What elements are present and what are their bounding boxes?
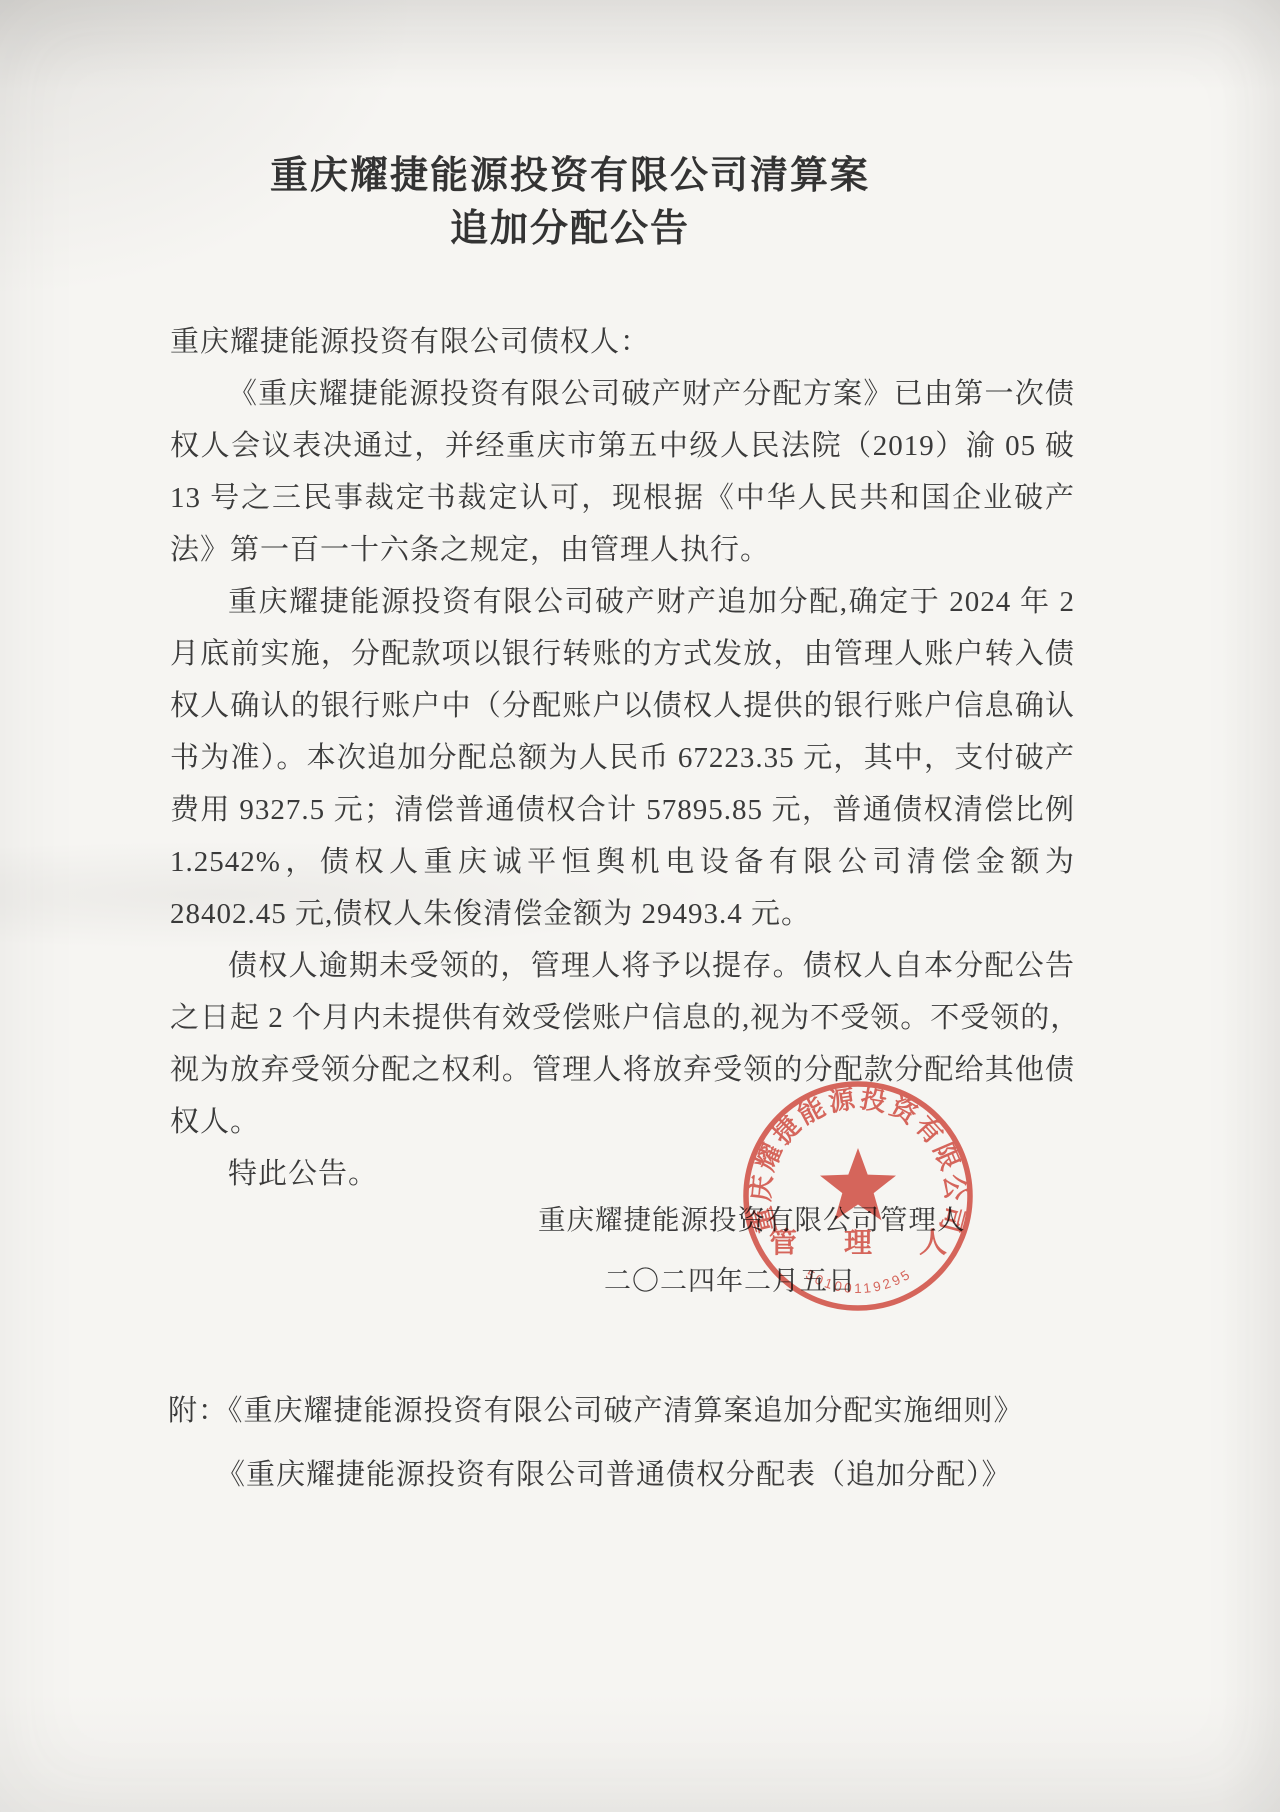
body-line: 权人会议表决通过，并经重庆市第五中级人民法院（2019）渝 05 破 <box>170 420 1075 472</box>
title-line-1: 重庆耀捷能源投资有限公司清算案 <box>0 150 1140 203</box>
seal-role-text: 管理人 <box>769 1226 947 1259</box>
body-line: 月底前实施，分配款项以银行转账的方式发放，由管理人账户转入债 <box>170 628 1075 680</box>
attachment-line-2: 《重庆耀捷能源投资有限公司普通债权分配表（追加分配）》 <box>216 1452 1012 1493</box>
seal-star-icon <box>820 1148 896 1220</box>
body-line: 13 号之三民事裁定书裁定认可，现根据《中华人民共和国企业破产 <box>170 472 1075 524</box>
scan-shading-bottom <box>0 1692 1280 1812</box>
document-body: 重庆耀捷能源投资有限公司债权人： 《重庆耀捷能源投资有限公司破产财产分配方案》已… <box>170 316 1075 1200</box>
seal-serial-number: 50100119295 <box>803 1266 915 1296</box>
official-seal: 重庆耀捷能源投资有限公司 管理人 50100119295 <box>738 1076 978 1316</box>
document-title: 重庆耀捷能源投资有限公司清算案 追加分配公告 <box>0 150 1140 256</box>
title-line-2: 追加分配公告 <box>0 203 1140 256</box>
body-line: 《重庆耀捷能源投资有限公司破产财产分配方案》已由第一次债 <box>170 368 1075 420</box>
body-line: 重庆耀捷能源投资有限公司破产财产追加分配,确定于 2024 年 2 <box>170 576 1075 628</box>
greeting-line: 重庆耀捷能源投资有限公司债权人： <box>170 316 1075 368</box>
attachment-line-1: 附：《重庆耀捷能源投资有限公司破产清算案追加分配实施细则》 <box>168 1388 1024 1429</box>
body-line: 权人确认的银行账户中（分配账户以债权人提供的银行账户信息确认 <box>170 680 1075 732</box>
body-line: 28402.45 元,债权人朱俊清偿金额为 29493.4 元。 <box>170 888 1075 940</box>
body-line: 法》第一百一十六条之规定，由管理人执行。 <box>170 524 1075 576</box>
scan-shading-top <box>0 0 1280 90</box>
seal-graphic: 重庆耀捷能源投资有限公司 管理人 50100119295 <box>738 1076 978 1316</box>
body-line: 费用 9327.5 元；清偿普通债权合计 57895.85 元，普通债权清偿比例 <box>170 784 1075 836</box>
body-line: 之日起 2 个月内未提供有效受偿账户信息的,视为不受领。不受领的， <box>170 992 1075 1044</box>
body-line: 债权人逾期未受领的，管理人将予以提存。债权人自本分配公告 <box>170 940 1075 992</box>
body-line: 1.2542%，债权人重庆诚平恒舆机电设备有限公司清偿金额为 <box>170 836 1075 888</box>
scan-shading-right <box>1220 0 1280 1812</box>
body-line: 书为准）。本次追加分配总额为人民币 67223.35 元，其中，支付破产 <box>170 732 1075 784</box>
